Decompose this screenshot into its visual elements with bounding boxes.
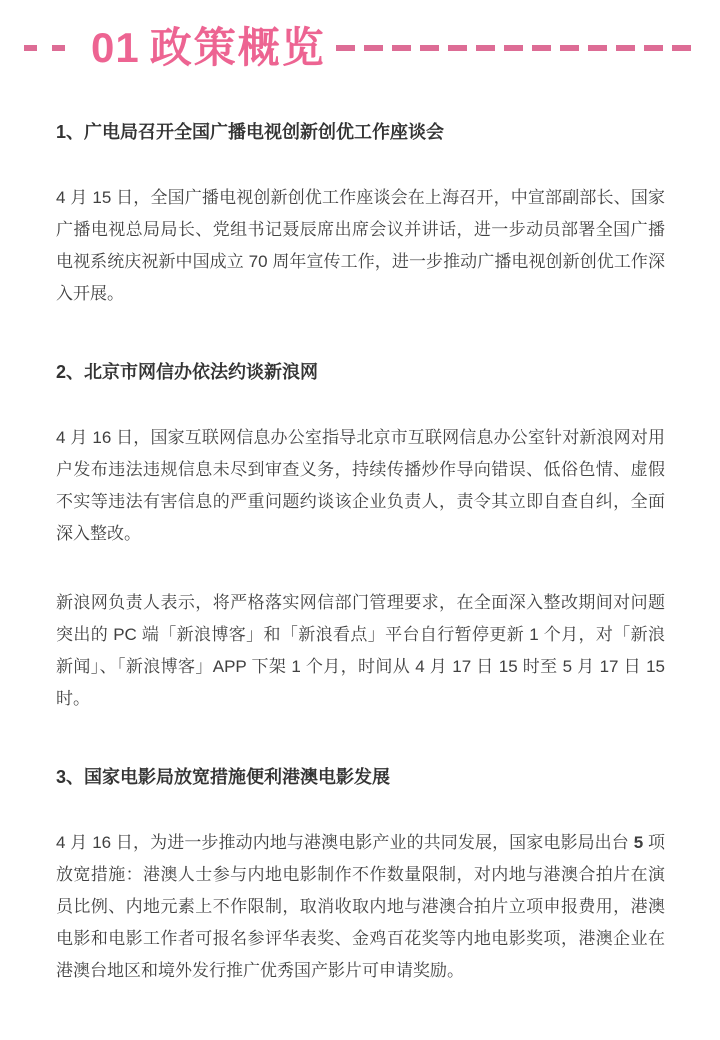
dashed-line-right: [336, 45, 697, 51]
section-2-paragraph-2: 新浪网负责人表示，将严格落实网信部门管理要求，在全面深入整改期间对问题突出的 P…: [56, 587, 665, 715]
section-3-paragraph-1-after: 项放宽措施：港澳人士参与内地电影制作不作数量限制，对内地与港澳合拍片在演员比例、…: [56, 833, 665, 980]
section-3-heading: 3、国家电影局放宽措施便利港澳电影发展: [56, 765, 665, 790]
policy-section-3: 3、国家电影局放宽措施便利港澳电影发展 4 月 16 日，为进一步推动内地与港澳…: [56, 765, 665, 987]
article-page: { "page": { "background_color": "#ffffff…: [0, 0, 720, 1040]
measure-count: 5: [634, 833, 643, 852]
section-3-paragraph-1: 4 月 16 日，为进一步推动内地与港澳电影产业的共同发展，国家电影局出台 5 …: [56, 827, 665, 987]
section-2-heading: 2、北京市网信办依法约谈新浪网: [56, 360, 665, 385]
section-title: 政策概览: [150, 26, 326, 70]
section-3-paragraph-1-before: 4 月 16 日，为进一步推动内地与港澳电影产业的共同发展，国家电影局出台: [56, 833, 634, 852]
section-1-heading: 1、广电局召开全国广播电视创新创优工作座谈会: [56, 120, 665, 145]
policy-section-1: 1、广电局召开全国广播电视创新创优工作座谈会 4 月 15 日，全国广播电视创新…: [56, 120, 665, 310]
section-2-paragraph-1: 4 月 16 日，国家互联网信息办公室指导北京市互联网信息办公室针对新浪网对用户…: [56, 422, 665, 550]
section-header: 01 政策概览: [0, 0, 720, 70]
section-number: 01: [91, 26, 140, 70]
dashed-line-left: [24, 45, 66, 51]
article-content: 1、广电局召开全国广播电视创新创优工作座谈会 4 月 15 日，全国广播电视创新…: [0, 120, 720, 987]
policy-section-2: 2、北京市网信办依法约谈新浪网 4 月 16 日，国家互联网信息办公室指导北京市…: [56, 360, 665, 715]
section-1-paragraph-1: 4 月 15 日，全国广播电视创新创优工作座谈会在上海召开，中宣部副部长、国家广…: [56, 182, 665, 310]
page-title: 01 政策概览: [91, 26, 326, 70]
